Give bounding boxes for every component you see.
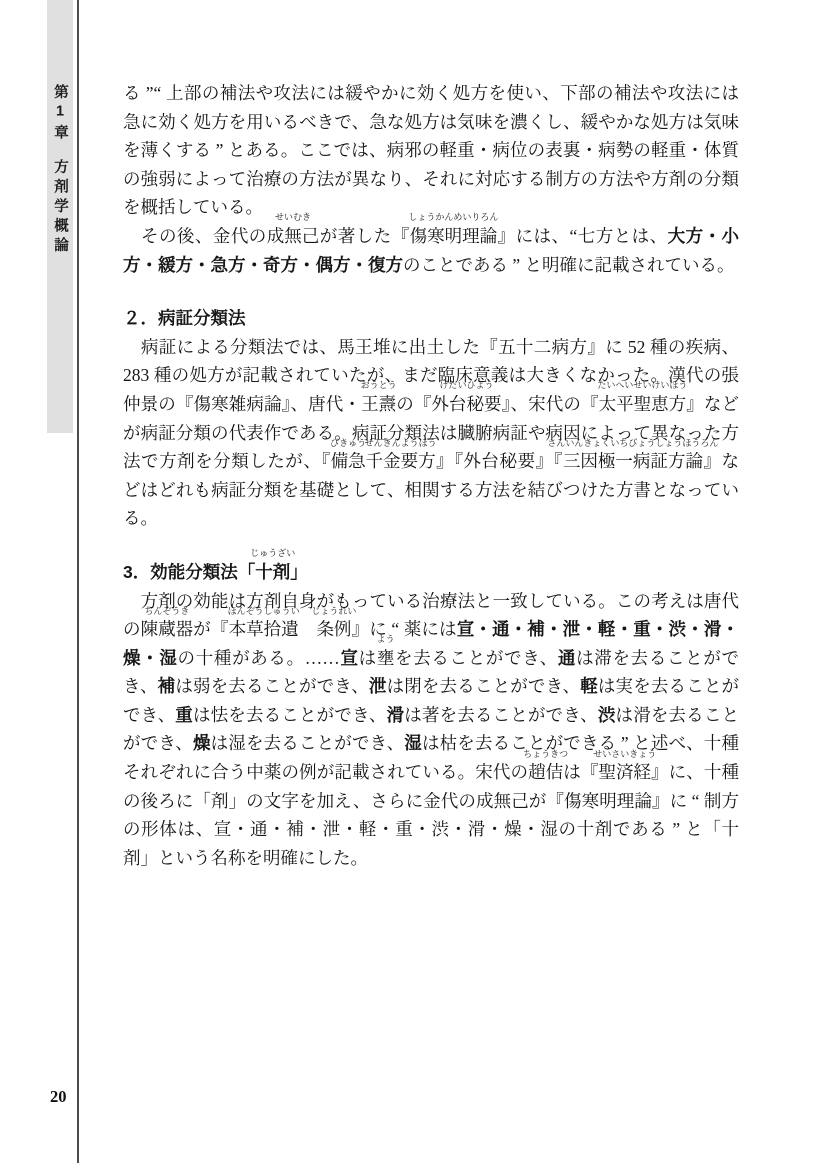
- page-content: る ”“ 上部の補法や攻法には緩やかに効く処方を使い、下部の補法や攻法には急に効…: [123, 79, 739, 872]
- ruby-base: 備急びきゅう: [331, 447, 366, 476]
- text-run: 』『外台秘要』『: [436, 451, 563, 471]
- emphasis-text: 補: [158, 676, 176, 696]
- furigana: ちんぞうき: [144, 607, 189, 616]
- text-run: その後、金代の: [123, 226, 267, 246]
- furigana: せいむき: [275, 213, 311, 222]
- ruby-base: 外台秘要げだいひよう: [431, 390, 501, 419]
- text-run: の十種がある。……: [178, 648, 340, 668]
- ruby-base: 千金要方せんきんようほう: [366, 447, 436, 476]
- chapter-number-label: 第1章: [47, 84, 73, 144]
- book-page: { "page": { "number": "20", "chapter_tab…: [0, 0, 830, 1172]
- paragraph: その後、金代の成無己せいむきが著した『傷寒明理論しょうかんめいりろん』には、“七…: [123, 222, 739, 279]
- furigana: たいへいせいけいほう: [597, 381, 687, 390]
- furigana: びきゅう: [330, 439, 366, 448]
- emphasis-text: 湿: [404, 733, 422, 753]
- furigana: せんきんようほう: [365, 439, 437, 448]
- text-run: のことである ” と明確に記載されている。: [403, 255, 735, 275]
- text-run: ２．病証分類法: [123, 308, 246, 328]
- furigana: じょうれい: [311, 607, 356, 616]
- paragraph: 病証による分類法では、馬王堆に出土した『五十二病方』に 52 種の疾病、283 …: [123, 333, 739, 533]
- emphasis-text: 渋: [598, 705, 616, 725]
- emphasis-text: 重: [175, 705, 193, 725]
- chapter-title-label: 方剤学概論: [47, 159, 73, 257]
- furigana: じゅうざい: [250, 549, 295, 558]
- text-run: 』には、“七方とは、: [497, 226, 667, 246]
- text-run: は『: [563, 762, 598, 782]
- ruby-base: 本草拾遺ほんぞうしゅうい: [229, 615, 299, 644]
- page-number: 20: [50, 1087, 67, 1107]
- text-run: は: [359, 648, 377, 668]
- text-run: を去ることができ、: [394, 648, 558, 668]
- text-run: 』、宋代の『: [501, 394, 598, 414]
- emphasis-text: 泄: [369, 676, 387, 696]
- text-run: は湿を去ることができ、: [211, 733, 405, 753]
- furigana: ちょうきつ: [523, 750, 568, 759]
- ruby-base: 壅よう: [377, 644, 395, 673]
- ruby-base: 陳蔵器ちんぞうき: [141, 615, 194, 644]
- ruby-base: 三因極一病証方論さんいんきょくいちびょうしょうほうろん: [563, 447, 703, 476]
- paragraph: 方剤の効能は方剤自身がもっている治療法と一致している。この考えは唐代の陳蔵器ちん…: [123, 587, 739, 873]
- furigana: せいさいきょう: [593, 750, 656, 759]
- ruby-base: 成無己せいむき: [267, 222, 320, 251]
- text-run: は著を去ることができ、: [404, 705, 598, 725]
- text-run: の『: [396, 394, 431, 414]
- ruby-base: 十剤じゅうざい: [255, 558, 290, 587]
- text-run: は弱を去ることができ、: [175, 676, 369, 696]
- text-run: る ”“ 上部の補法や攻法には緩やかに効く処方を使い、下部の補法や攻法には急に効…: [123, 83, 739, 217]
- furigana: ほんぞうしゅうい: [228, 607, 300, 616]
- emphasis-text: 通: [558, 648, 576, 668]
- margin-rule: [77, 0, 79, 1163]
- text-run: が著した『: [319, 226, 409, 246]
- ruby-base: 傷寒明理論しょうかんめいりろん: [410, 222, 498, 251]
- emphasis-text: 燥: [193, 733, 211, 753]
- furigana: しょうかんめいりろん: [408, 213, 498, 222]
- furigana: おうとう: [361, 381, 397, 390]
- emphasis-text: 軽: [580, 676, 598, 696]
- furigana: げだいひよう: [439, 381, 493, 390]
- ruby-base: 王燾おうとう: [361, 390, 396, 419]
- furigana: さんいんきょくいちびょうしょうほうろん: [547, 439, 718, 448]
- text-run: が『: [193, 619, 228, 639]
- paragraph: る ”“ 上部の補法や攻法には緩やかに効く処方を使い、下部の補法や攻法には急に効…: [123, 79, 739, 222]
- ruby-base: 趙佶ちょうきつ: [528, 758, 563, 787]
- section-heading: 3．効能分類法「十剤じゅうざい」: [123, 558, 739, 587]
- chapter-tab: 第1章 方剤学概論: [47, 0, 73, 433]
- text-run: 3．効能分類法「: [123, 562, 255, 582]
- text-run: [299, 619, 317, 639]
- emphasis-text: 宣: [340, 648, 359, 668]
- furigana: よう: [377, 635, 395, 644]
- text-run: は閉を去ることができ、: [387, 676, 581, 696]
- text-run: 』に “ 薬には: [351, 619, 456, 639]
- section-heading: ２．病証分類法: [123, 304, 739, 333]
- ruby-base: 太平聖恵方たいへいせいけいほう: [599, 390, 687, 419]
- ruby-base: 聖済経せいさいきょう: [598, 758, 651, 787]
- text-run: 」: [290, 562, 308, 582]
- ruby-base: 条例じょうれい: [316, 615, 351, 644]
- emphasis-text: 滑: [387, 705, 405, 725]
- text-run: は怯を去ることができ、: [193, 705, 387, 725]
